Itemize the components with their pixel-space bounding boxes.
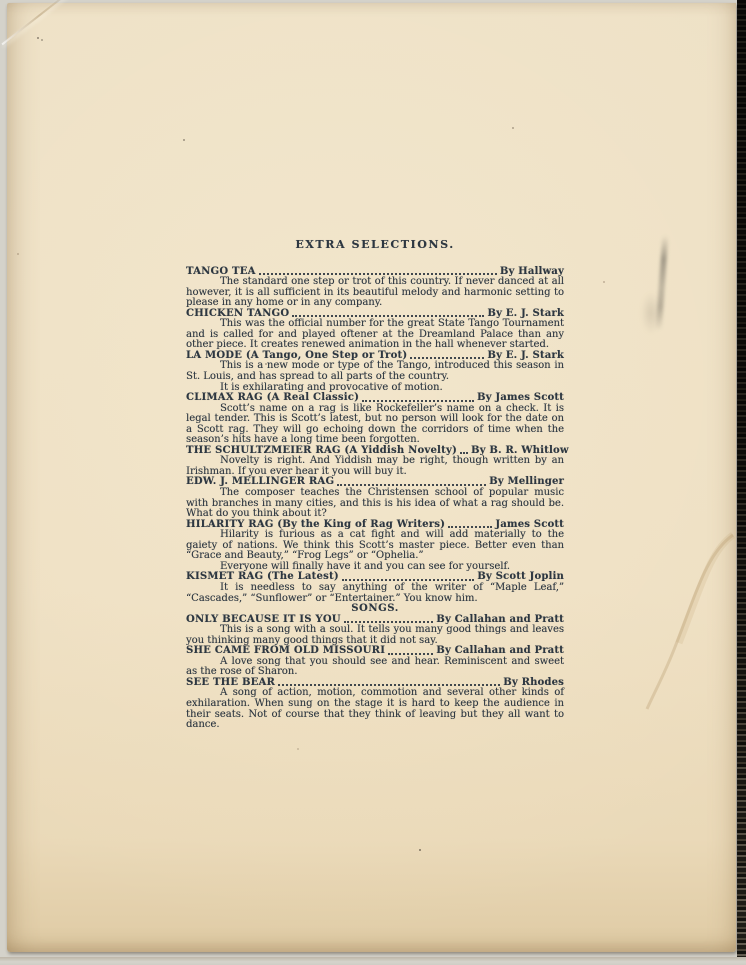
selection-list: TANGO TEA By Hallway The standard one st…	[186, 267, 564, 731]
dot-leader	[410, 356, 484, 359]
entry-description: Hilarity is furious as a cat fight and w…	[186, 530, 564, 572]
entry-description: The standard one step or trot of this co…	[186, 277, 564, 309]
description-paragraph: A love song that you should see and hear…	[186, 657, 564, 678]
entry-description: This was the official number for the gre…	[186, 319, 564, 351]
description-paragraph: The composer teaches the Christensen sch…	[186, 488, 564, 520]
smudge-shadow	[637, 283, 665, 343]
paper-sheet: EXTRA SELECTIONS. TANGO TEA By Hallway T…	[7, 3, 736, 952]
dot-leader	[448, 525, 492, 528]
description-paragraph: Scott’s name on a rag is like Rockefelle…	[186, 404, 564, 446]
paper-specks	[7, 3, 9, 5]
description-paragraph: The standard one step or trot of this co…	[186, 277, 564, 309]
description-paragraph: This is a new mode or type of the Tango,…	[186, 361, 564, 382]
description-paragraph: This was the official number for the gre…	[186, 319, 564, 351]
catalog-entry: SHE CAME FROM OLD MISSOURI By Callahan a…	[186, 646, 564, 678]
scan-edge-right	[737, 0, 746, 965]
entry-description: This is a song with a soul. It tells you…	[186, 625, 564, 646]
entry-description: It is needless to say anything of the wr…	[186, 583, 564, 604]
dot-leader	[388, 652, 433, 655]
entry-description: Scott’s name on a rag is like Rockefelle…	[186, 404, 564, 446]
catalog-entry: LA MODE (A Tango, One Step or Trot) By E…	[186, 351, 564, 393]
page-content: EXTRA SELECTIONS. TANGO TEA By Hallway T…	[186, 240, 564, 731]
description-paragraph: Hilarity is furious as a cat fight and w…	[186, 530, 564, 562]
description-paragraph: This is a song with a soul. It tells you…	[186, 625, 564, 646]
catalog-entry: THE SCHULTZMEIER RAG (A Yiddish Novelty)…	[186, 446, 564, 478]
dot-leader	[259, 272, 497, 275]
catalog-entry: KISMET RAG (The Latest) By Scott Joplin …	[186, 572, 564, 604]
description-paragraph: Novelty is right. And Yiddish may be rig…	[186, 456, 564, 477]
entry-description: A love song that you should see and hear…	[186, 657, 564, 678]
entry-description: This is a new mode or type of the Tango,…	[186, 361, 564, 393]
dot-leader	[344, 620, 434, 623]
catalog-entry: TANGO TEA By Hallway The standard one st…	[186, 267, 564, 309]
page-title: EXTRA SELECTIONS.	[186, 240, 564, 251]
catalog-entry: HILARITY RAG (By the King of Rag Writers…	[186, 520, 564, 573]
entry-description: A song of action, motion, commotion and …	[186, 688, 564, 730]
scan-edge-bottom	[0, 957, 746, 965]
catalog-entry: CHICKEN TANGO By E. J. Stark This was th…	[186, 309, 564, 351]
catalog-entry: EDW. J. MELLINGER RAG By Mellinger The c…	[186, 477, 564, 519]
dot-leader	[362, 399, 474, 402]
dot-leader	[342, 578, 474, 581]
corner-crease	[1, 0, 70, 45]
catalog-entry: SEE THE BEAR By Rhodes A song of action,…	[186, 678, 564, 731]
description-paragraph: It is needless to say anything of the wr…	[186, 583, 564, 604]
scanned-catalog-page: EXTRA SELECTIONS. TANGO TEA By Hallway T…	[0, 0, 746, 965]
catalog-entry: ONLY BECAUSE IT IS YOU By Callahan and P…	[186, 615, 564, 647]
dot-leader	[278, 683, 500, 686]
description-paragraph: A song of action, motion, commotion and …	[186, 688, 564, 730]
entry-description: Novelty is right. And Yiddish may be rig…	[186, 456, 564, 477]
catalog-entry: CLIMAX RAG (A Real Classic) By James Sco…	[186, 393, 564, 446]
dot-leader	[292, 314, 484, 317]
section-subheading: SONGS.	[186, 604, 564, 615]
entry-description: The composer teaches the Christensen sch…	[186, 488, 564, 520]
dot-leader	[337, 483, 486, 486]
dot-leader	[460, 451, 468, 454]
